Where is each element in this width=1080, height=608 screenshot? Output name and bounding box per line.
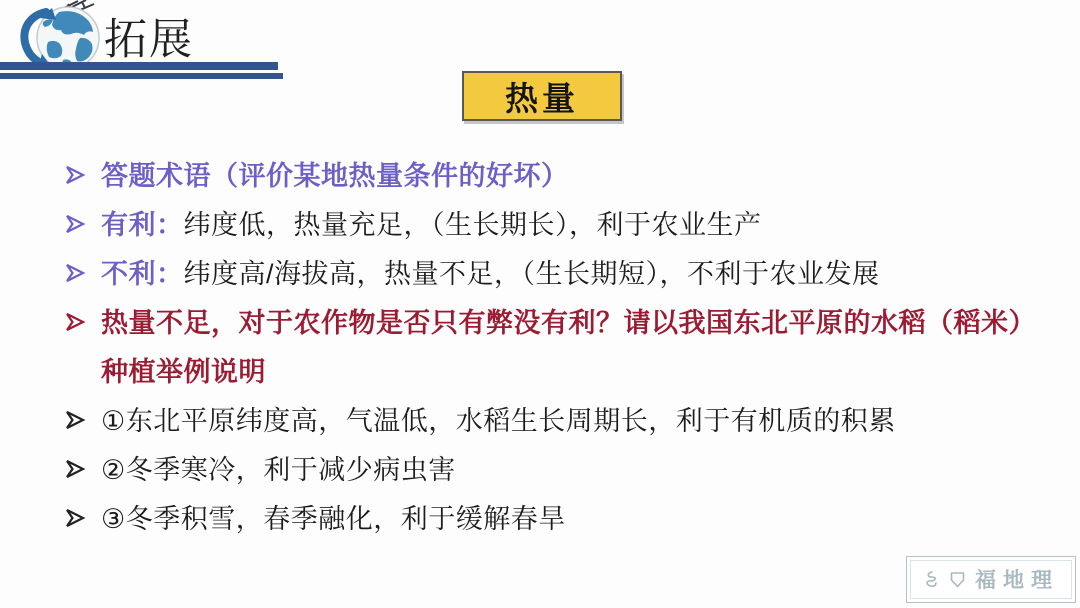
- arrow-bullet-icon: [64, 213, 86, 235]
- arrow-bullet-icon: [64, 507, 86, 529]
- title-underline-bar-bottom: [0, 73, 283, 79]
- bullet-text-segment: 纬度低，热量充足，（生长期长），利于农业生产: [184, 210, 762, 240]
- bullet-text-segment: ②冬季寒冷，利于减少病虫害: [101, 455, 456, 485]
- shield-icon: [949, 570, 966, 589]
- page-title: 拓展: [104, 6, 194, 67]
- bullet-item: ①东北平原纬度高，气温低，水稻生长周期长，利于有机质的积累: [64, 397, 1036, 446]
- bullet-item: ③冬季积雪，春季融化，利于缓解春旱: [64, 495, 1036, 544]
- bullet-list: 答题术语（评价某地热量条件的好坏） 有利：纬度低，热量充足，（生长期长），利于农…: [64, 152, 1036, 544]
- bullet-text-segment: 有利：: [101, 210, 184, 240]
- arrow-bullet-icon: [64, 458, 86, 480]
- bullet-text-segment: 不利：: [101, 259, 184, 289]
- arrow-bullet-icon: [64, 409, 86, 431]
- calligraphy-glyph-icon: [923, 570, 940, 589]
- bullet-item: 不利：纬度高/海拔高，热量不足，（生长期短），不利于农业发展: [64, 250, 1036, 299]
- bullet-item: 答题术语（评价某地热量条件的好坏）: [64, 152, 1036, 201]
- bullet-text-segment: ③冬季积雪，春季融化，利于缓解春旱: [101, 504, 566, 534]
- watermark: 福地理: [906, 556, 1076, 603]
- bullet-text-segment: ①东北平原纬度高，气温低，水稻生长周期长，利于有机质的积累: [101, 406, 896, 436]
- arrow-bullet-icon: [64, 262, 86, 284]
- topic-badge-label: 热量: [505, 73, 579, 120]
- bullet-text-segment: 答题术语（评价某地热量条件的好坏）: [101, 161, 569, 191]
- slide: 拓展 热量 答题术语（评价某地热量条件的好坏） 有利：纬度低，热量充足，（生长期…: [0, 0, 1080, 608]
- watermark-text: 福地理: [975, 570, 1059, 591]
- bullet-item: 有利：纬度低，热量充足，（生长期长），利于农业生产: [64, 201, 1036, 250]
- topic-badge: 热量: [462, 71, 622, 121]
- bullet-text-segment: 热量不足，对于农作物是否只有弊没有利？请以我国东北平原的水稻（稻米）: [101, 308, 1036, 338]
- bullet-item: 热量不足，对于农作物是否只有弊没有利？请以我国东北平原的水稻（稻米） 种植举例说…: [64, 299, 1036, 397]
- bullet-text-segment: 种植举例说明: [101, 357, 266, 387]
- globe-icon: [12, 0, 114, 110]
- arrow-bullet-icon: [64, 311, 86, 333]
- title-underline-bar-top: [0, 62, 278, 70]
- bullet-item: ②冬季寒冷，利于减少病虫害: [64, 446, 1036, 495]
- arrow-bullet-icon: [64, 164, 86, 186]
- bullet-text-segment: 纬度高/海拔高，热量不足，（生长期短），不利于农业发展: [184, 259, 880, 289]
